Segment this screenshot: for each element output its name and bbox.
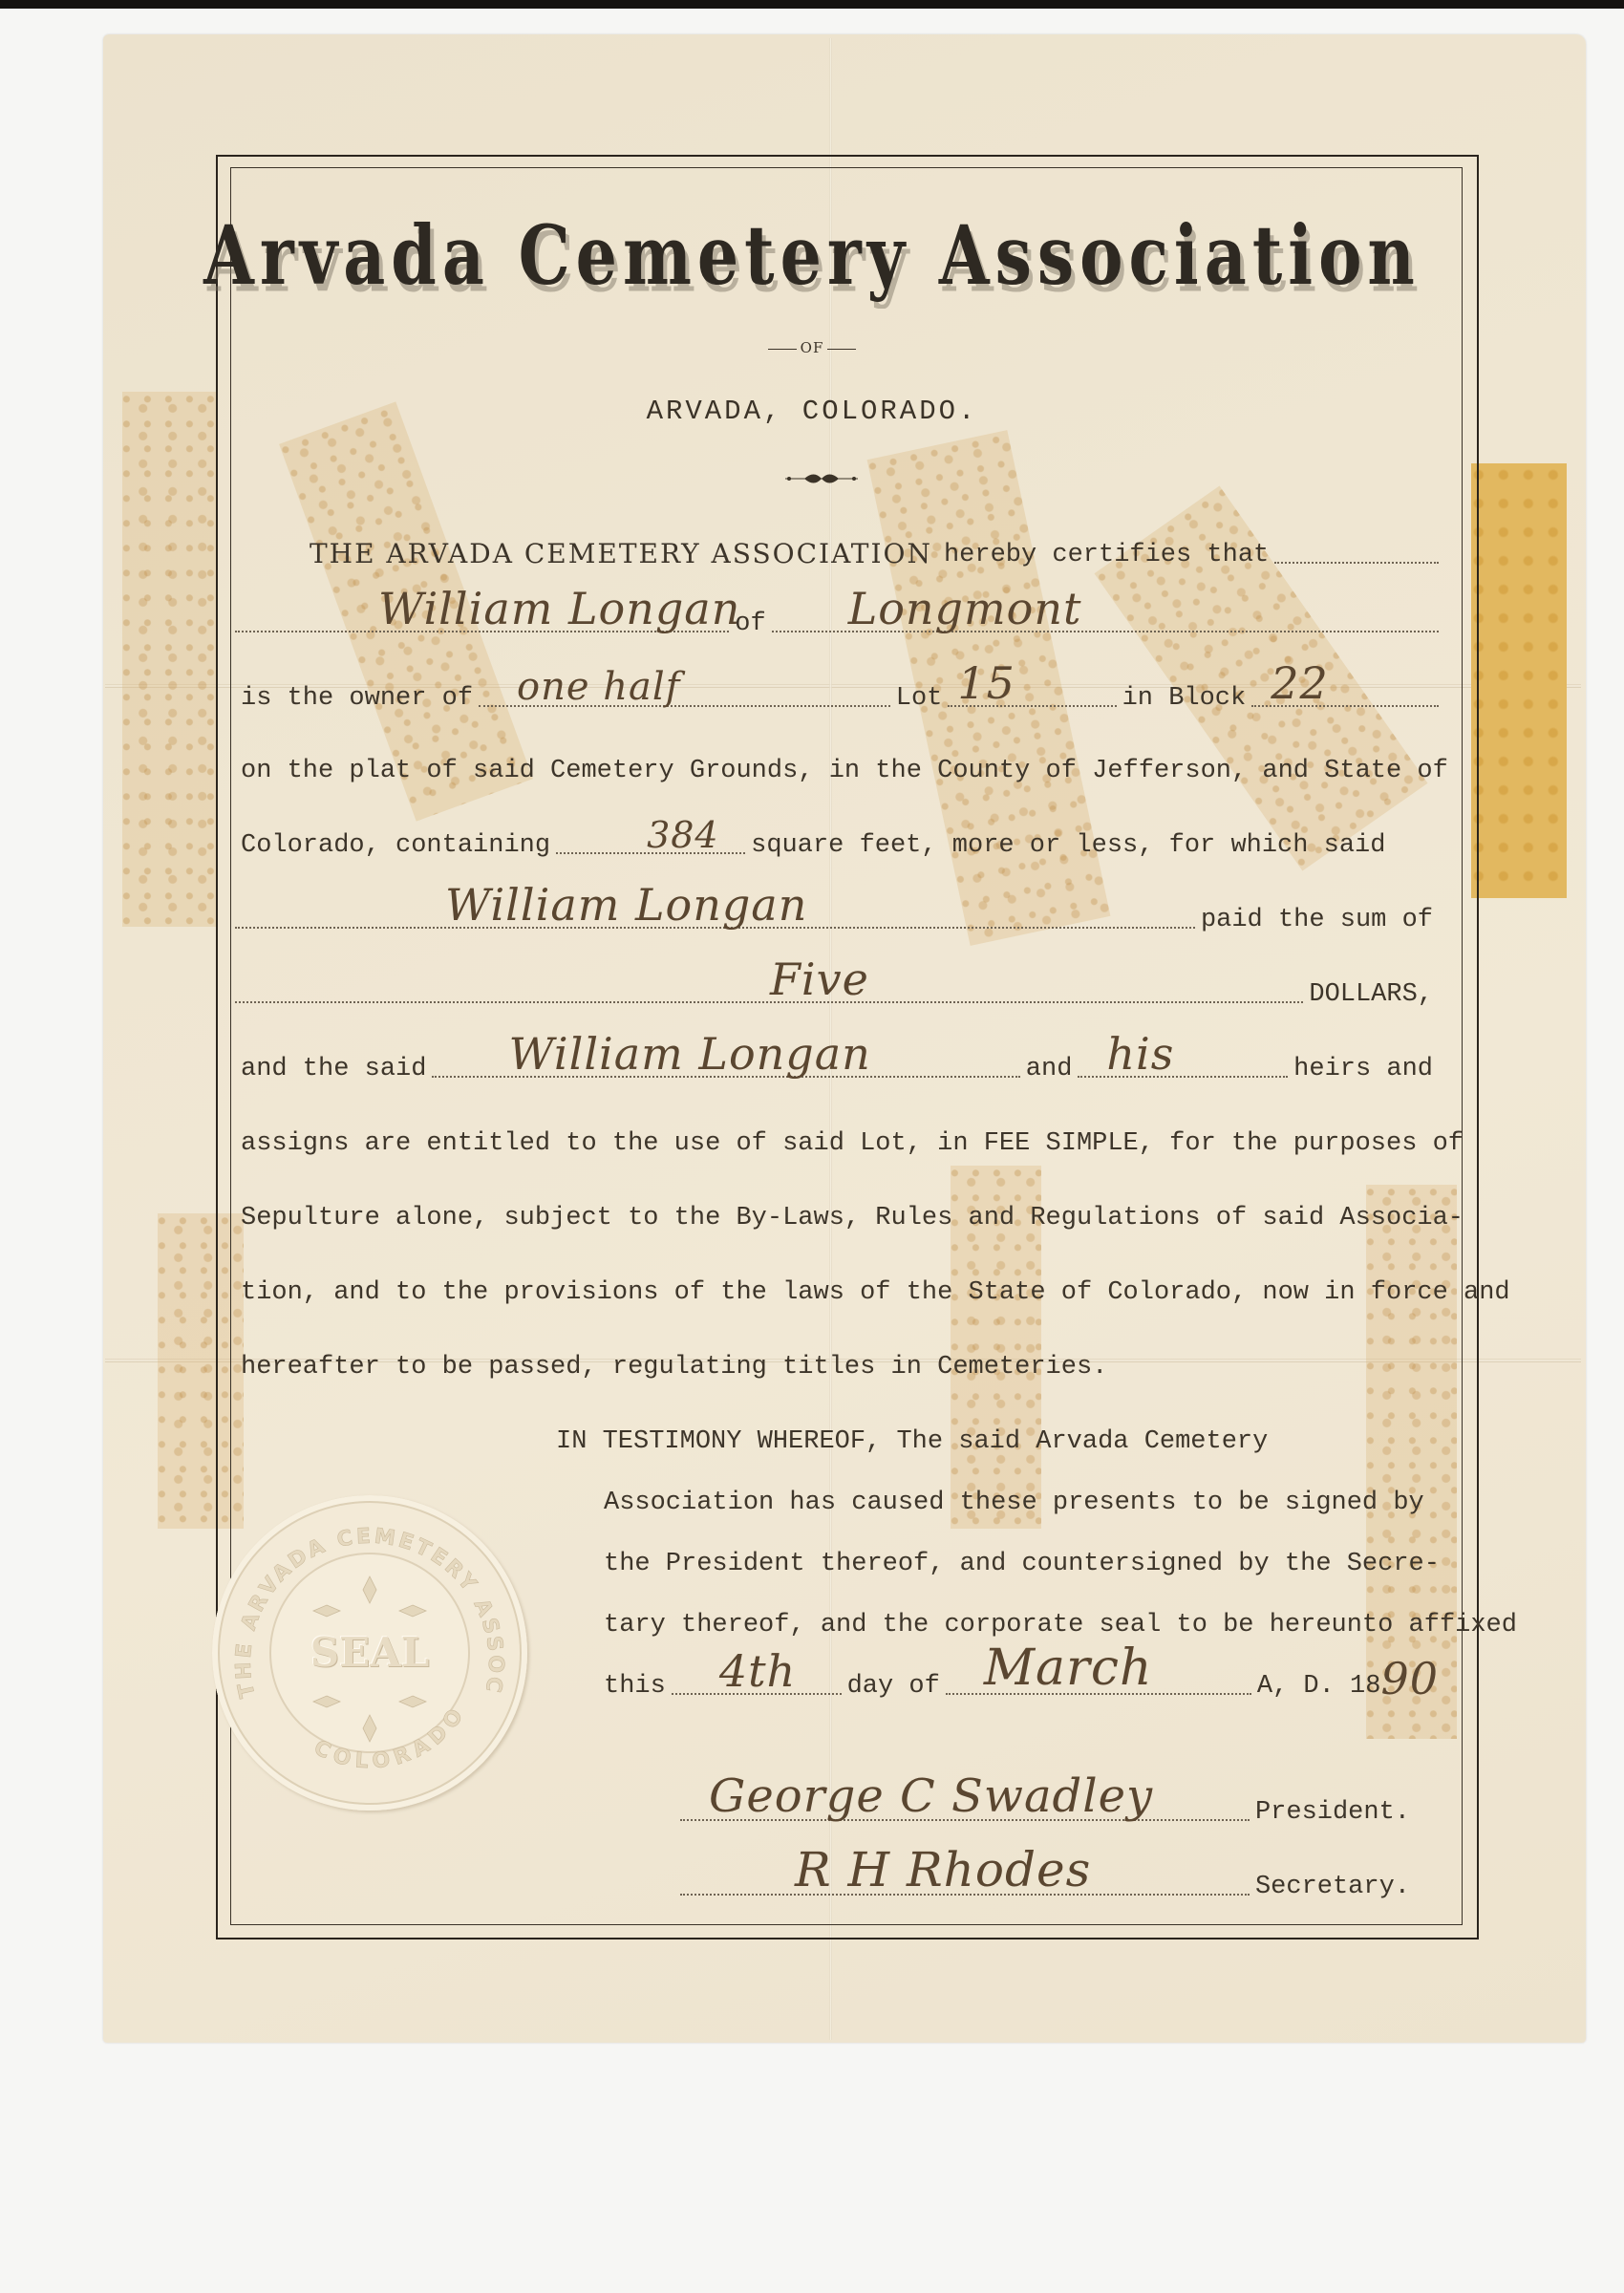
town-field: Longmont [772,630,1439,632]
president-label: President. [1250,1798,1416,1827]
owner-line: William Longan of Longmont [235,600,1439,638]
and-text: and [1020,1055,1079,1083]
testimony-text: IN TESTIMONY WHEREOF, The said Arvada Ce… [550,1427,1273,1456]
tape-yellow [1471,463,1567,898]
amount-value: Five [770,954,869,1005]
president-signature: George C Swadley [709,1769,1153,1823]
day-field: 4th [672,1692,842,1695]
body-text: tion, and to the provisions of the laws … [235,1278,1516,1307]
tape-stain [122,392,218,927]
owner-of-text: is the owner of [235,684,479,713]
said-name: William Longan [508,1028,870,1080]
body-text: Sepulture alone, subject to the By-Laws,… [235,1204,1469,1232]
testimony-text: Association has caused these presents to… [598,1489,1430,1517]
certifies-text: hereby certifies that [938,541,1274,569]
body-text: hereafter to be passed, regulating title… [235,1353,1113,1382]
body-line-1: assigns are entitled to the use of said … [235,1120,1439,1158]
said-text: and the said [235,1055,432,1083]
block-number: 22 [1271,657,1329,709]
association-name: THE ARVADA CEMETERY ASSOCIATION [304,538,938,569]
testimony-line-4: tary thereof, and the corporate seal to … [598,1601,1439,1639]
payer-name: William Longan [445,879,807,931]
blank-line [1274,561,1439,564]
square-feet-field: 384 [556,851,745,854]
said-name-field: William Longan [432,1075,1019,1078]
seal-center-text: SEAL [212,1629,527,1676]
owner-town: Longmont [848,583,1082,634]
president-line: George C Swadley President. [680,1789,1416,1827]
block-text: in Block [1117,684,1252,713]
square-feet-value: 384 [647,814,719,856]
testimony-line-2: Association has caused these presents to… [598,1479,1439,1517]
document-title: Arvada Cemetery Association [0,208,1624,304]
secretary-signature: R H Rhodes [795,1842,1091,1897]
pronoun-value: his [1106,1028,1174,1080]
this-text: this [598,1672,672,1701]
of-label: OF [0,339,1624,356]
ornament-icon [783,470,860,487]
heirs-line: and the said William Longan and his heir… [235,1045,1439,1083]
president-signature-field: George C Swadley [680,1818,1250,1821]
lot-number: 15 [957,657,1015,709]
lot-line: is the owner of one half Lot 15 in Block… [235,675,1439,713]
square-feet-text: square feet, more or less, for which sai… [745,831,1391,860]
date-line: this 4th day of March A, D. 18 90 [598,1662,1439,1701]
certifies-line: THE ARVADA CEMETERY ASSOCIATION hereby c… [304,531,1439,569]
month-value: March [984,1639,1153,1697]
block-number-field: 22 [1251,704,1439,707]
body-text: assigns are entitled to the use of said … [235,1129,1469,1158]
payer-name-field: William Longan [235,926,1195,929]
paid-text: paid the sum of [1195,906,1439,934]
lot-number-field: 15 [948,704,1116,707]
testimony-line-3: the President thereof, and countersigned… [598,1540,1439,1578]
secretary-label: Secretary. [1250,1873,1416,1901]
payer-line: William Longan paid the sum of [235,896,1439,934]
day-value: 4th [719,1645,796,1697]
secretary-signature-field: R H Rhodes [680,1893,1250,1896]
testimony-line-1: IN TESTIMONY WHEREOF, The said Arvada Ce… [550,1418,1439,1456]
dollars-text: DOLLARS, [1303,980,1439,1009]
owner-name-field: William Longan [235,630,729,632]
containing-line: Colorado, containing 384 square feet, mo… [235,822,1439,860]
body-line-4: hereafter to be passed, regulating title… [235,1343,1439,1382]
plat-text: on the plat of said Cemetery Grounds, in… [235,757,1454,785]
pronoun-field: his [1078,1075,1288,1078]
testimony-text: the President thereof, and countersigned… [598,1550,1445,1578]
year-value: 90 [1380,1653,1439,1704]
lot-text: Lot [890,684,949,713]
amount-line: Five DOLLARS, [235,971,1439,1009]
body-line-2: Sepulture alone, subject to the By-Laws,… [235,1194,1439,1232]
plat-line: on the plat of said Cemetery Grounds, in… [235,747,1439,785]
testimony-text: tary thereof, and the corporate seal to … [598,1611,1523,1639]
month-field: March [946,1692,1251,1695]
day-of-text: day of [842,1672,946,1701]
portion-value: one half [517,665,680,709]
secretary-line: R H Rhodes Secretary. [680,1863,1416,1901]
owner-name: William Longan [378,583,740,634]
heirs-text: heirs and [1288,1055,1439,1083]
portion-field: one half [479,704,890,707]
corporate-seal: THE ARVADA CEMETERY ASSOCIATION COLORADO… [212,1495,527,1811]
scan-border [0,0,1624,9]
place-heading: ARVADA, COLORADO. [0,396,1624,427]
containing-text: Colorado, containing [235,831,556,860]
ad-text: A, D. 18 [1251,1672,1381,1701]
body-line-3: tion, and to the provisions of the laws … [235,1269,1439,1307]
amount-field: Five [235,1000,1303,1003]
